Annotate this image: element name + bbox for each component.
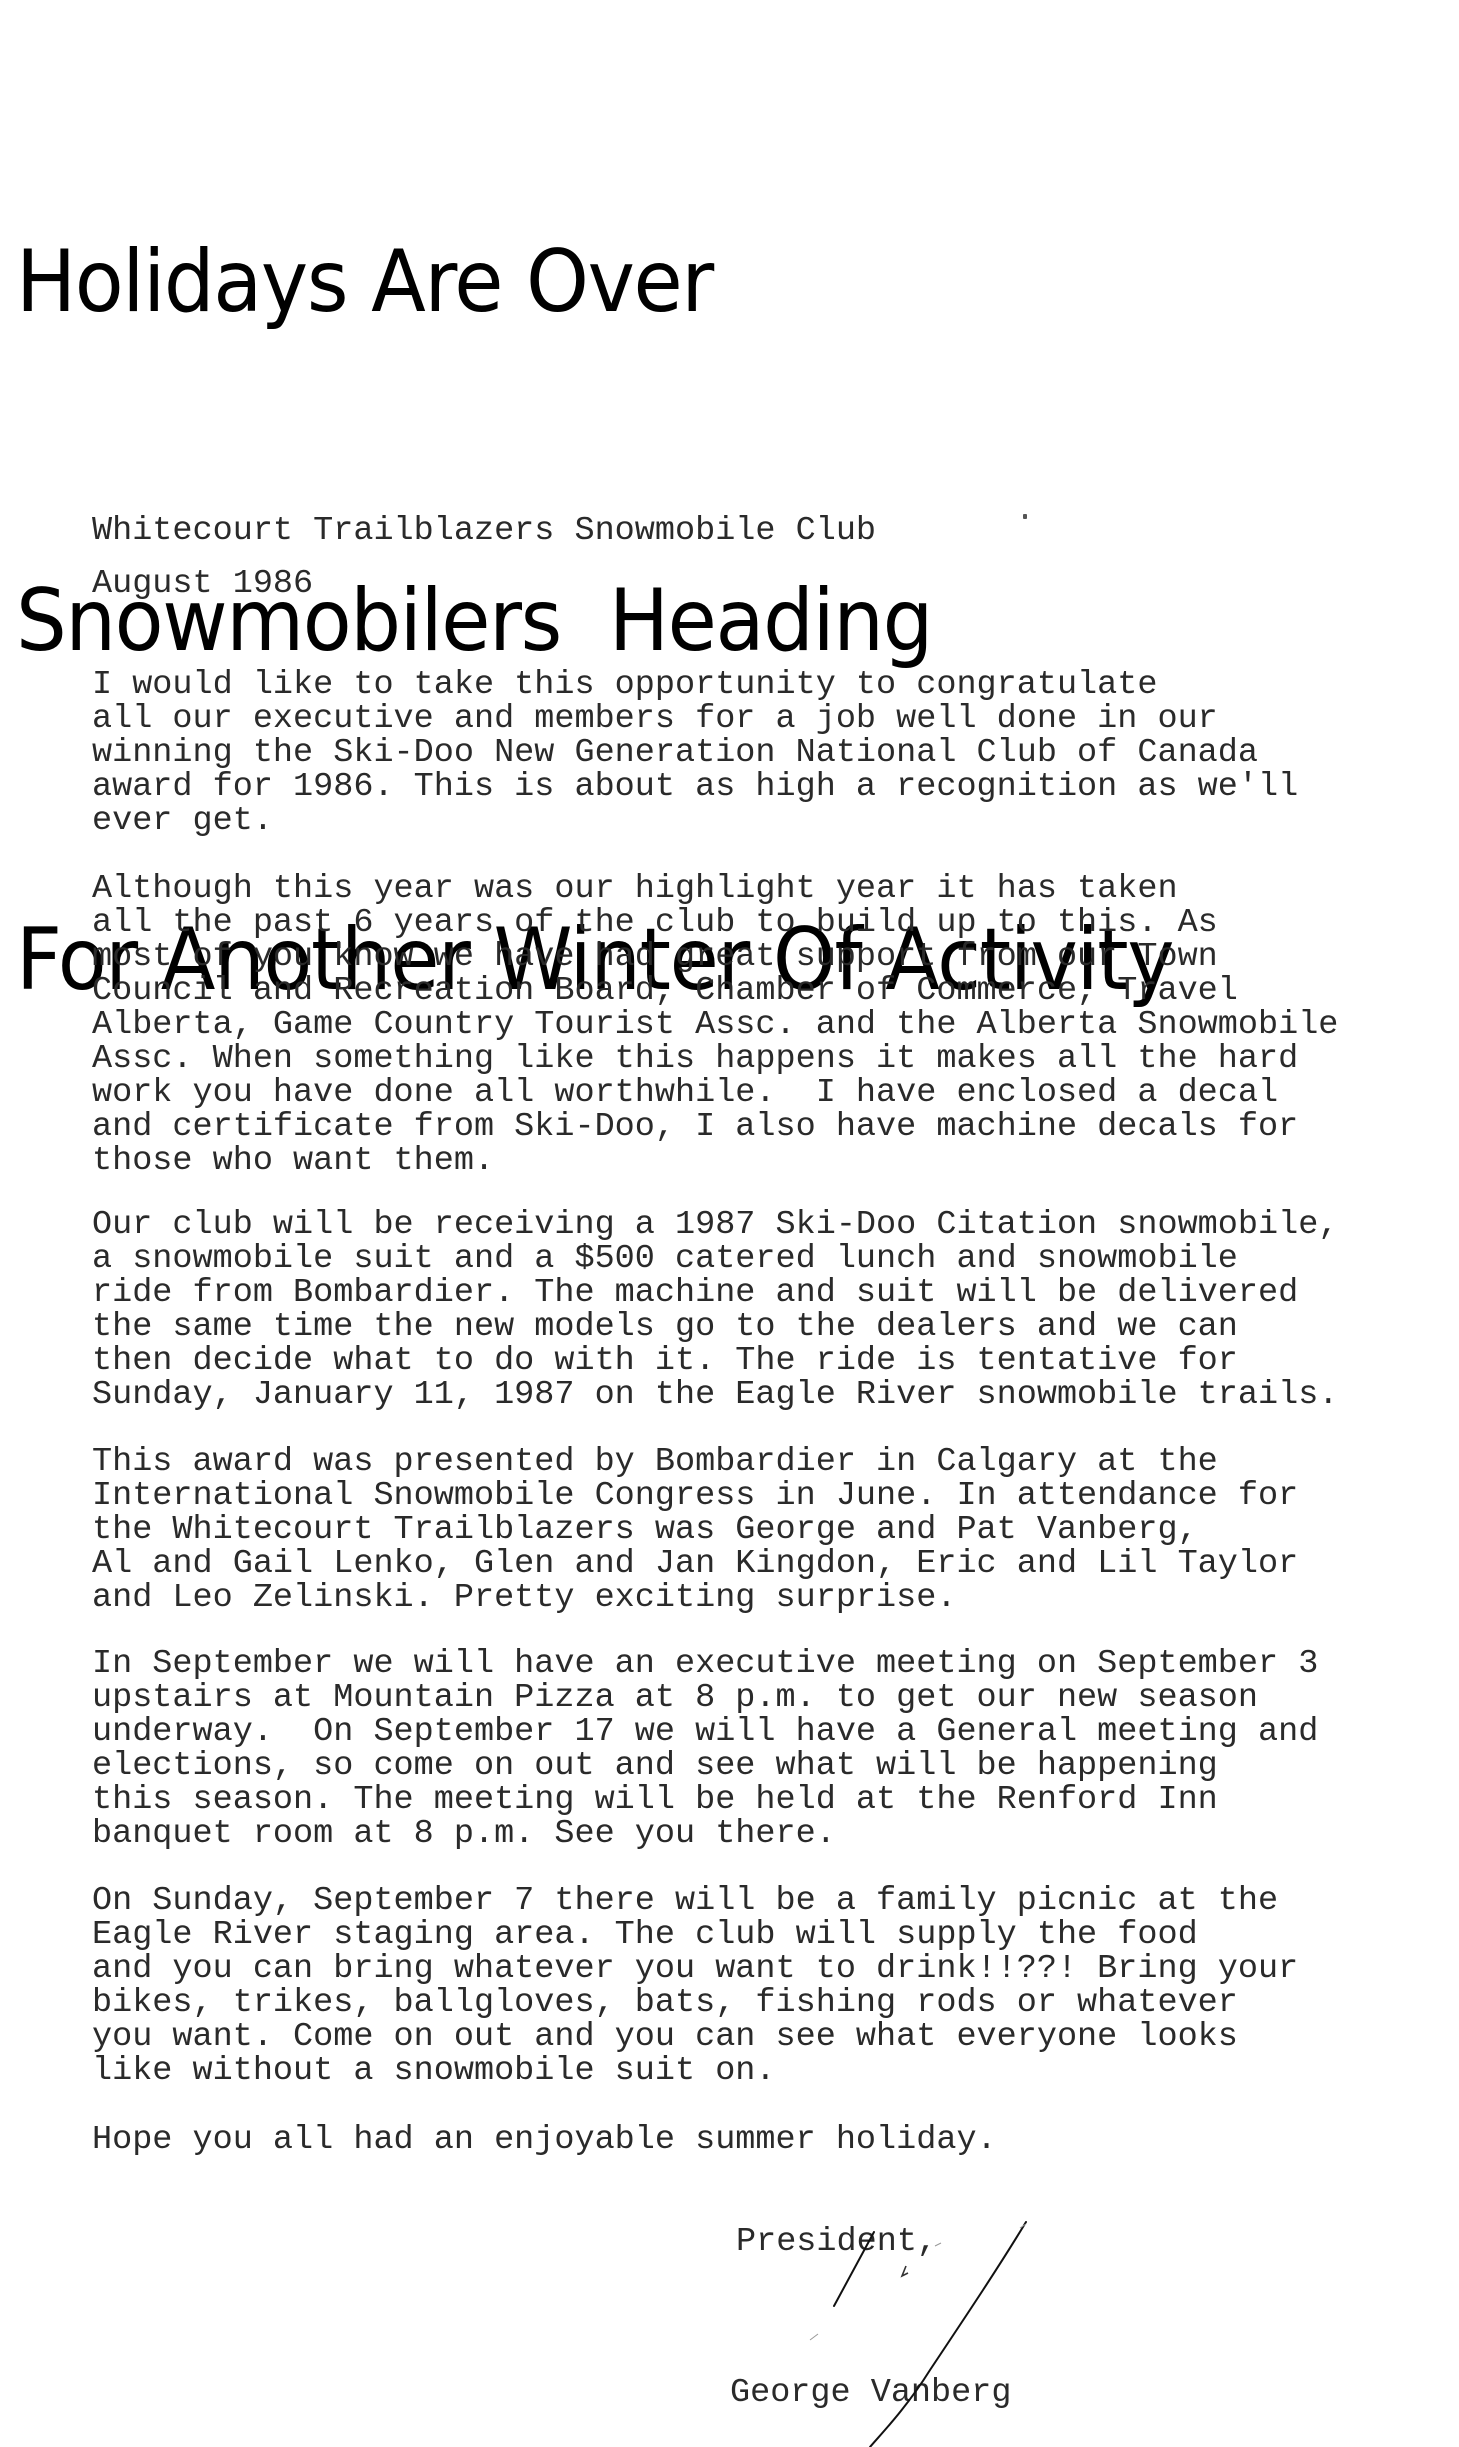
paper-speck [1023,514,1027,519]
letter-line: the Whitecourt Trailblazers was George a… [92,1513,1198,1547]
letter-line: like without a snowmobile suit on. [92,2054,776,2088]
letter-line: Our club will be receiving a 1987 Ski-Do… [92,1208,1338,1242]
typed-letter: Whitecourt Trailblazers Snowmobile Club … [92,0,1452,342]
letter-line: ride from Bombardier. The machine and su… [92,1276,1298,1310]
letter-line: all our executive and members for a job … [92,702,1218,736]
letter-line: and certificate from Ski-Doo, I also hav… [92,1110,1298,1144]
letter-line: International Snowmobile Congress in Jun… [92,1479,1298,1513]
letter-line: ever get. [92,804,273,838]
letter-line: I would like to take this opportunity to… [92,668,1157,702]
letter-line: underway. On September 17 we will have a… [92,1715,1318,1749]
letter-line: most of you know we have had great suppo… [92,940,1218,974]
letter-line: On Sunday, September 7 there will be a f… [92,1884,1278,1918]
letter-line: award for 1986. This is about as high a … [92,770,1298,804]
letter-line: Alberta, Game Country Tourist Assc. and … [92,1008,1338,1042]
letter-line: and Leo Zelinski. Pretty exciting surpri… [92,1581,956,1615]
letter-line: Al and Gail Lenko, Glen and Jan Kingdon,… [92,1547,1298,1581]
letter-line: a snowmobile suit and a $500 catered lun… [92,1242,1238,1276]
letter-line: this season. The meeting will be held at… [92,1783,1218,1817]
letter-organization: Whitecourt Trailblazers Snowmobile Club [92,514,876,548]
letter-line: work you have done all worthwhile. I hav… [92,1076,1278,1110]
letter-line: the same time the new models go to the d… [92,1310,1238,1344]
letter-line: you want. Come on out and you can see wh… [92,2020,1238,2054]
letter-line: Assc. When something like this happens i… [92,1042,1298,1076]
letter-line: Although this year was our highlight yea… [92,872,1178,906]
letter-line: bikes, trikes, ballgloves, bats, fishing… [92,1986,1238,2020]
letter-date: August 1986 [92,567,313,601]
letter-line: upstairs at Mountain Pizza at 8 p.m. to … [92,1681,1258,1715]
letter-line: and you can bring whatever you want to d… [92,1952,1298,1986]
letter-line: Eagle River staging area. The club will … [92,1918,1198,1952]
letter-line: Council and Recreation Board, Chamber of… [92,974,1238,1008]
letter-line: then decide what to do with it. The ride… [92,1344,1238,1378]
letter-line: banquet room at 8 p.m. See you there. [92,1817,836,1851]
letter-line: Sunday, January 11, 1987 on the Eagle Ri… [92,1378,1338,1412]
letter-line: elections, so come on out and see what w… [92,1749,1218,1783]
letter-line: winning the Ski-Doo New Generation Natio… [92,736,1258,770]
letter-line: all the past 6 years of the club to buil… [92,906,1218,940]
letter-line: In September we will have an executive m… [92,1647,1318,1681]
letter-line: Hope you all had an enjoyable summer hol… [92,2123,997,2157]
letter-line: This award was presented by Bombardier i… [92,1445,1218,1479]
letter-line: those who want them. [92,1144,494,1178]
handwritten-signature [780,2210,1080,2447]
